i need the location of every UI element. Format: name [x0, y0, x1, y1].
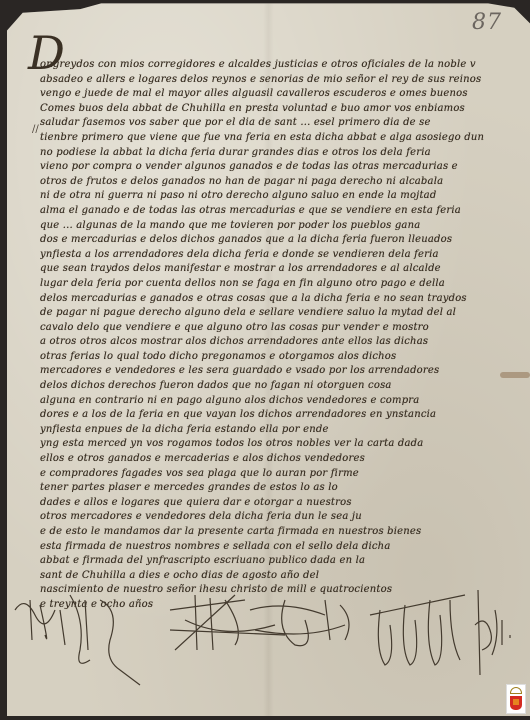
text-line: mercadores e vendedores e les sera guard… [40, 364, 500, 379]
text-line: esta firmada de nuestros nombres e sella… [40, 540, 500, 555]
text-line: lugar dela feria por cuenta dellos non s… [40, 277, 500, 292]
text-line: vieno por compra o vender algunos ganado… [40, 160, 500, 175]
folio-number: 87 [472, 10, 502, 35]
text-line: no podiese la abbat la dicha feria durar… [40, 146, 500, 161]
text-line: vengo e juede de mal el mayor alles algu… [40, 87, 500, 102]
text-line: abbat e firmada del ynfrascripto escriua… [40, 554, 500, 569]
text-line: a otros otros alcos mostrar alos dichos … [40, 335, 500, 350]
text-line: saludar fasemos vos saber que por el dia… [40, 116, 500, 131]
text-line: cavalo delo que vendiere e que alguno ot… [40, 321, 500, 336]
text-line: alguna en contrario ni en pago alguno al… [40, 394, 500, 409]
text-line: que ... algunas de la mando que me tovie… [40, 219, 500, 234]
text-line: tener partes plaser e mercedes grandes d… [40, 481, 500, 496]
margin-mark: // [32, 124, 39, 135]
text-line: alma el ganado e de todas las otras merc… [40, 204, 500, 219]
text-line: e de esto le mandamos dar la presente ca… [40, 525, 500, 540]
text-line: de pagar ni pague derecho alguno dela e … [40, 306, 500, 321]
text-line: dades e allos e logares que quiera dar e… [40, 496, 500, 511]
text-line: ni de otra ni guerra ni paso ni otro der… [40, 189, 500, 204]
text-line: ynfiesta enpues de la dicha feria estand… [40, 423, 500, 438]
text-line: ynfiesta a los arrendadores dela dicha f… [40, 248, 500, 263]
text-line: ongreydos con mios corregidores e alcald… [40, 58, 500, 73]
text-line: ellos e otros ganados e mercaderias e al… [40, 452, 500, 467]
text-line: yng esta merced yn vos rogamos todos los… [40, 437, 500, 452]
signature-4 [365, 590, 475, 670]
text-line: dos e mercadurias e delos dichos ganados… [40, 233, 500, 248]
text-line: otros de frutos e delos ganados no han d… [40, 175, 500, 190]
signatures-area [10, 590, 510, 690]
text-line: otras ferias lo qual todo dicho pregonam… [40, 350, 500, 365]
signature-5 [470, 590, 515, 680]
text-line: Comes buos dela abbat de Chuhilla en pre… [40, 102, 500, 117]
manuscript-text: ongreydos con mios corregidores e alcald… [40, 58, 500, 613]
text-line: sant de Chuhilla a dies e ocho dias de a… [40, 569, 500, 584]
signature-3 [245, 590, 365, 660]
archive-seal-icon [506, 684, 526, 714]
text-line: e compradores fagades vos sea plaga que … [40, 467, 500, 482]
text-line: delos mercadurias e ganados e otras cosa… [40, 292, 500, 307]
text-line: dores e a los de la feria en que vayan l… [40, 408, 500, 423]
text-line: que sean traydos delos manifestar e most… [40, 262, 500, 277]
text-line: otros mercadores e vendedores dela dicha… [40, 510, 500, 525]
text-line: tienbre primero que viene que fue vna fe… [40, 131, 500, 146]
text-line: delos dichos derechos fueron dados que n… [40, 379, 500, 394]
ink-stain [500, 372, 530, 378]
crown-icon [510, 687, 522, 694]
text-line: absadeo e allers e logares delos reynos … [40, 73, 500, 88]
shield-icon [510, 696, 522, 710]
signature-1 [10, 590, 150, 690]
